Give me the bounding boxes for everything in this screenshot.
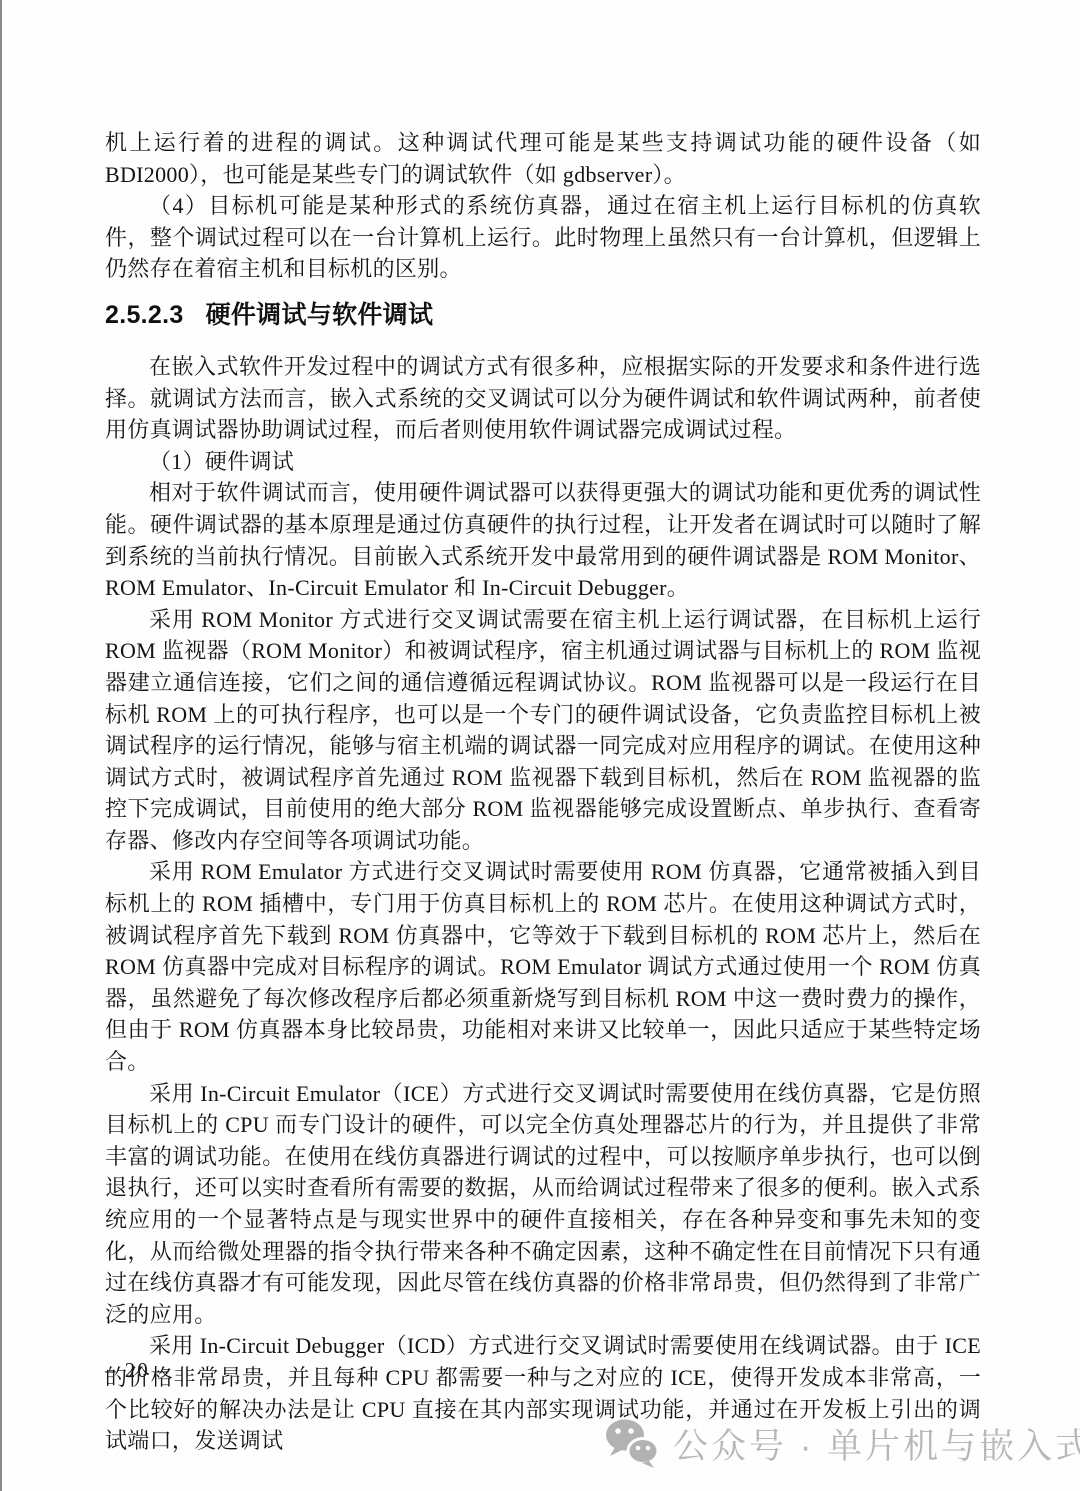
paragraph: 在嵌入式软件开发过程中的调试方式有很多种，应根据实际的开发要求和条件进行选择。就… [105, 351, 981, 446]
paragraph: 采用 In-Circuit Emulator（ICE）方式进行交叉调试时需要使用… [105, 1078, 981, 1331]
paragraph: 采用 ROM Monitor 方式进行交叉调试需要在宿主机上运行调试器，在目标机… [105, 604, 981, 857]
paragraph: （4）目标机可能是某种形式的系统仿真器，通过在宿主机上运行目标机的仿真软件，整个… [105, 190, 981, 285]
section-title: 硬件调试与软件调试 [206, 301, 434, 329]
wechat-icon [604, 1418, 660, 1470]
book-page: 机上运行着的进程的调试。这种调试代理可能是某些支持调试功能的硬件设备（如 BDI… [0, 0, 1080, 1491]
page-number: – 20 – [105, 1358, 170, 1383]
paragraph: （1）硬件调试 [105, 446, 981, 478]
scan-edge-line [0, 0, 2, 1491]
paragraph: 采用 ROM Emulator 方式进行交叉调试时需要使用 ROM 仿真器，它通… [105, 856, 981, 1077]
page-body: 机上运行着的进程的调试。这种调试代理可能是某些支持调试功能的硬件设备（如 BDI… [105, 127, 981, 1457]
watermark: 公众号 · 单片机与嵌入式学堂 [604, 1418, 1080, 1470]
watermark-text: 公众号 · 单片机与嵌入式学堂 [673, 1419, 1080, 1469]
section-heading: 2.5.2.3硬件调试与软件调试 [105, 300, 981, 330]
section-number: 2.5.2.3 [105, 301, 184, 329]
paragraph: 机上运行着的进程的调试。这种调试代理可能是某些支持调试功能的硬件设备（如 BDI… [105, 127, 981, 190]
paragraph: 相对于软件调试而言，使用硬件调试器可以获得更强大的调试功能和更优秀的调试性能。硬… [105, 477, 981, 603]
